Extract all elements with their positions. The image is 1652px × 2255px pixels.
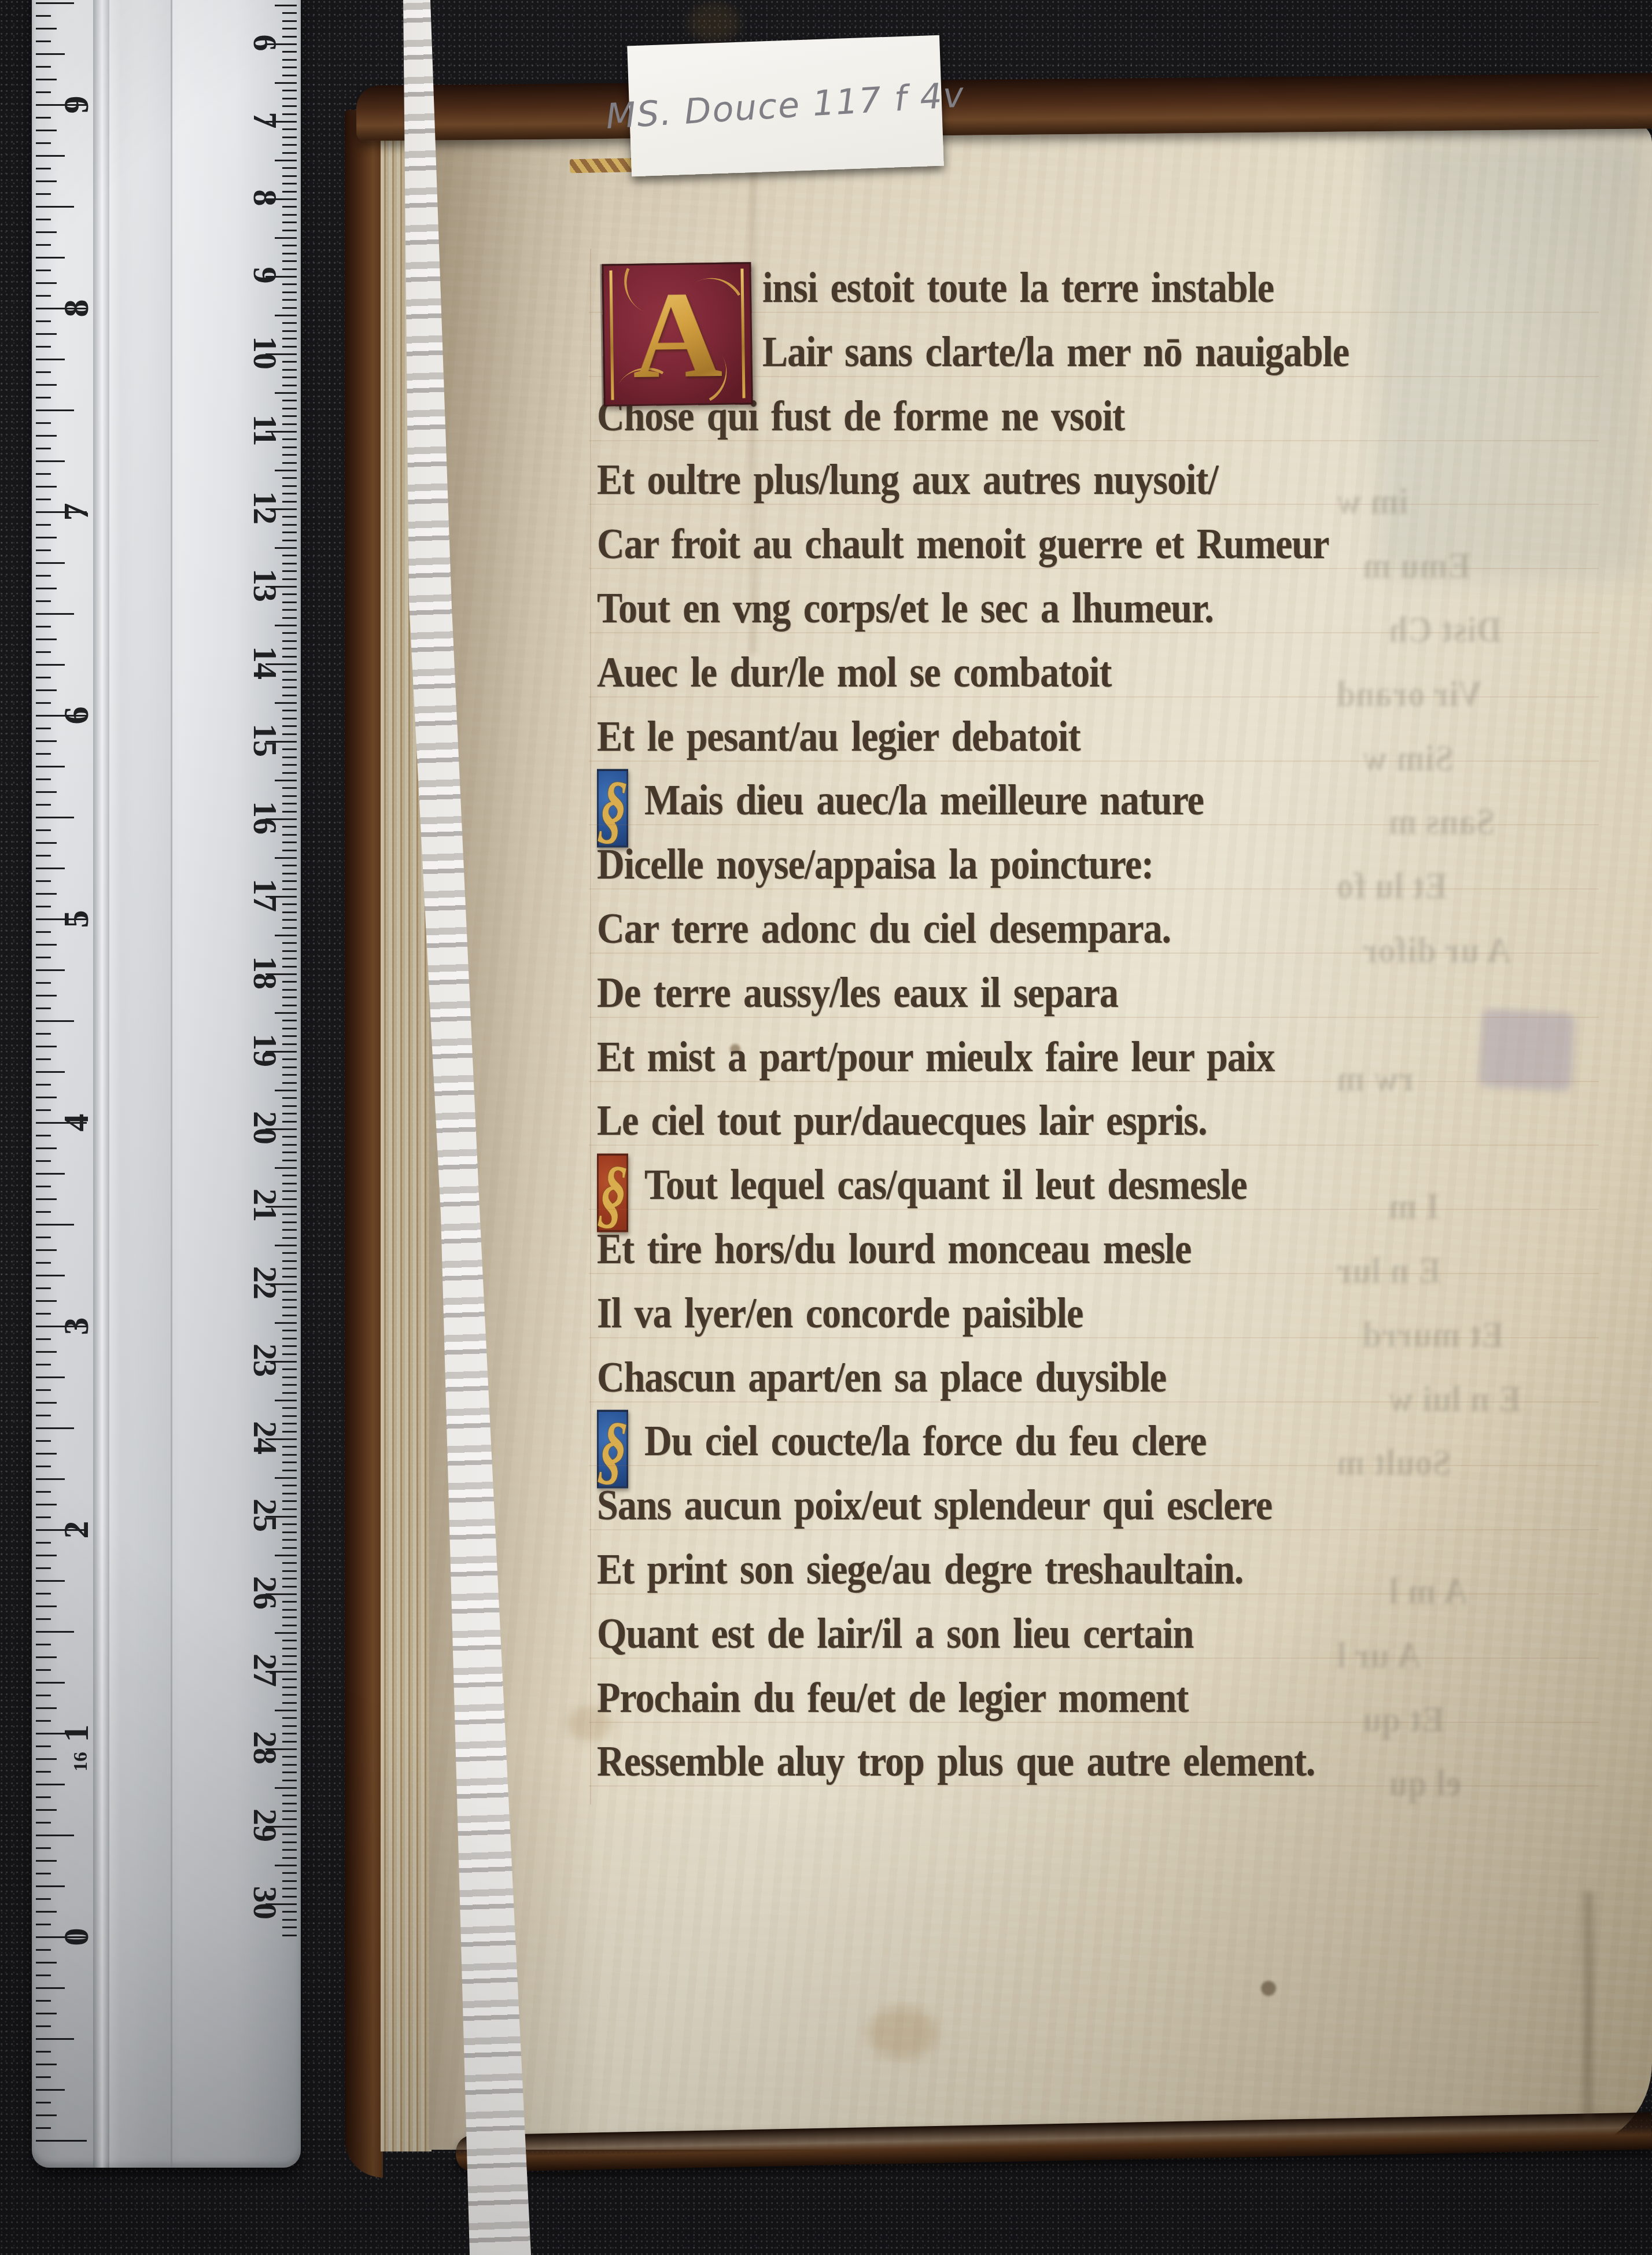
ruler-tick bbox=[36, 1911, 57, 1913]
ruler-tick bbox=[36, 1237, 51, 1238]
ruler-tick bbox=[36, 944, 57, 946]
verse-text: Mais dieu auec/la meilleure nature bbox=[644, 776, 1204, 825]
ruler-tick bbox=[275, 82, 297, 84]
ruler-tick bbox=[36, 1974, 51, 1976]
ruler-tick bbox=[36, 320, 51, 322]
ruler-tick bbox=[282, 1097, 297, 1099]
ruler-tick bbox=[282, 593, 297, 595]
ruler-tick bbox=[282, 1229, 297, 1231]
ruler-tick bbox=[282, 1415, 297, 1417]
ruling-line bbox=[589, 1145, 1599, 1146]
ruler-tick bbox=[282, 601, 297, 603]
ruler-tick bbox=[282, 1500, 297, 1502]
ruler-tick bbox=[282, 1508, 297, 1510]
ruler-tick bbox=[36, 817, 74, 818]
ruler-tick bbox=[36, 1542, 51, 1544]
ruler-tick bbox=[282, 648, 297, 649]
ruler-tick bbox=[36, 333, 57, 335]
ruler-tick bbox=[36, 613, 74, 615]
ruler-tick bbox=[282, 214, 297, 216]
verse-line: Et tire hors/du lourd monceau mesle bbox=[597, 1224, 1191, 1274]
ruler-tick bbox=[36, 91, 51, 93]
ruler-tick bbox=[36, 982, 51, 984]
ruler-tick bbox=[282, 152, 297, 154]
ruler-tick bbox=[275, 702, 297, 704]
ruler-tick bbox=[36, 1516, 51, 1518]
ruler-tick bbox=[282, 1384, 297, 1386]
ruler-tick bbox=[36, 1084, 51, 1086]
ruler-number: 21 bbox=[248, 1185, 282, 1226]
ruling-line bbox=[589, 1722, 1599, 1723]
ruler-tick bbox=[36, 1007, 51, 1009]
ruler-tick bbox=[36, 1784, 65, 1785]
ruler-number: 6 bbox=[248, 23, 282, 63]
ruler-number: 20 bbox=[248, 1108, 282, 1148]
gold-frame-line bbox=[609, 271, 614, 400]
ruler-tick bbox=[282, 167, 297, 169]
ruler-tick bbox=[282, 183, 297, 184]
ruler-tick bbox=[36, 1809, 57, 1811]
ruler-tick bbox=[282, 989, 297, 991]
paraph-gold-flourish: § bbox=[600, 1448, 626, 1451]
ruler-tick bbox=[275, 1167, 297, 1169]
ruler-tick bbox=[282, 1368, 297, 1370]
ruler-tick bbox=[282, 888, 297, 890]
ruler-tick bbox=[282, 369, 297, 371]
ruler-tick bbox=[282, 748, 297, 750]
ruler-tick bbox=[282, 733, 297, 735]
ruler-number: 9 bbox=[248, 255, 282, 296]
book-spine-edge bbox=[345, 110, 383, 2178]
ruler-tick bbox=[36, 829, 51, 831]
verse-text: Lair sans clarte/la mer nō nauigable bbox=[762, 327, 1349, 377]
ruler-tick bbox=[282, 423, 297, 425]
ruler-tick bbox=[282, 1562, 297, 1564]
ruler-tick bbox=[282, 1833, 297, 1835]
ruler-tick bbox=[282, 113, 297, 115]
ruler-tick bbox=[36, 1695, 51, 1696]
ruler-tick bbox=[282, 51, 297, 53]
ruler-number: 27 bbox=[248, 1650, 282, 1691]
ruler-number: 14 bbox=[248, 643, 282, 683]
ruler-tick bbox=[282, 942, 297, 944]
ruler-tick bbox=[36, 1224, 74, 1226]
ruler-tick bbox=[36, 346, 51, 348]
verse-text: Du ciel coucte/la force du feu clere bbox=[644, 1416, 1206, 1466]
ruler-tick bbox=[282, 253, 297, 254]
ruler-number: 0 bbox=[58, 1917, 94, 1957]
ruler-tick bbox=[282, 710, 297, 711]
ruler-tick bbox=[36, 486, 57, 488]
ruler-tick bbox=[36, 384, 57, 386]
ruler-tick bbox=[282, 1741, 297, 1743]
ruler-number: 2 bbox=[58, 1510, 94, 1550]
ruler-tick bbox=[282, 501, 297, 503]
ruler-tick bbox=[282, 880, 297, 882]
bleed-through-text: Sans m bbox=[1388, 800, 1495, 843]
ruler-tick bbox=[282, 1470, 297, 1471]
ruler-tick bbox=[282, 1043, 297, 1045]
verse-line: Tout en vng corps/et le sec a lhumeur. bbox=[597, 584, 1214, 633]
ruler-tick bbox=[282, 268, 297, 270]
ruler-tick bbox=[36, 1885, 65, 1887]
ruler-number: 23 bbox=[248, 1340, 282, 1381]
ruler-tick bbox=[36, 473, 51, 475]
ruler-tick bbox=[282, 787, 297, 789]
ruler-tick bbox=[36, 270, 51, 271]
ruler-tick bbox=[36, 562, 65, 564]
ruler-tick bbox=[282, 540, 297, 541]
ruler-tick bbox=[36, 53, 65, 55]
ruler-tick bbox=[36, 282, 57, 284]
ruler-tick bbox=[36, 1300, 57, 1302]
ruler-tick bbox=[282, 59, 297, 61]
ruler-tick bbox=[36, 1097, 57, 1098]
verse-line: §Mais dieu auec/la meilleure nature bbox=[597, 776, 1204, 825]
ruler-tick bbox=[36, 893, 57, 895]
ruler-tick bbox=[282, 105, 297, 107]
ruler-tick bbox=[282, 128, 297, 130]
ruler-tick bbox=[36, 1364, 51, 1365]
ruler-tick bbox=[282, 454, 297, 456]
ruler-tick bbox=[282, 958, 297, 959]
ruler-tick bbox=[36, 1109, 51, 1111]
ruler-tick bbox=[36, 906, 51, 907]
ruler-tick bbox=[282, 1461, 297, 1463]
ruler-tick bbox=[282, 175, 297, 177]
ruler-tick bbox=[282, 1609, 297, 1611]
ruler-tick bbox=[36, 422, 51, 424]
verse-text: Et le pesant/au legier debatoit bbox=[597, 712, 1080, 762]
ruler-tick bbox=[282, 1454, 297, 1456]
ruler-tick bbox=[282, 1160, 297, 1161]
bleed-through-text: im w bbox=[1336, 480, 1408, 523]
ruler-tick bbox=[36, 1135, 51, 1136]
ruler-tick bbox=[36, 524, 51, 526]
ruler-tick bbox=[36, 1949, 51, 1951]
verse-line: Il va lyer/en concorde paisible bbox=[597, 1289, 1083, 1338]
paraph-initial-blue: § bbox=[597, 769, 628, 848]
ruler-tick bbox=[282, 524, 297, 526]
ruler-number: 9 bbox=[58, 84, 94, 125]
ruler-tick bbox=[275, 1787, 297, 1789]
ruling-line bbox=[589, 1017, 1599, 1018]
verse-line: Car froit au chault menoit guerre et Rum… bbox=[597, 519, 1329, 569]
ruler-tick bbox=[282, 206, 297, 208]
ruler-tick bbox=[36, 130, 57, 131]
bleed-through-text: Emu m bbox=[1362, 544, 1470, 587]
ruler-tick bbox=[36, 2089, 65, 2091]
ruler-tick bbox=[36, 537, 57, 538]
ruler-tick bbox=[36, 1987, 65, 1989]
bleed-through-text: A ur l bbox=[1336, 1634, 1421, 1677]
ruler-tick bbox=[36, 2102, 51, 2103]
ruler-tick bbox=[282, 330, 297, 332]
ruler-tick bbox=[282, 911, 297, 913]
ruler-number: 25 bbox=[248, 1495, 282, 1536]
ruler-tick bbox=[282, 322, 297, 324]
ruler-tick bbox=[282, 1268, 297, 1269]
verse-line: Prochain du feu/et de legier moment bbox=[597, 1673, 1188, 1723]
ruler-tick bbox=[36, 1376, 65, 1378]
ruler-tick bbox=[282, 1307, 297, 1308]
ruler-tick bbox=[36, 880, 51, 882]
ruler-tick bbox=[36, 2, 74, 4]
ruler-tick bbox=[282, 98, 297, 99]
ruler-tick bbox=[275, 1632, 297, 1634]
ruler-tick bbox=[282, 772, 297, 774]
verse-text: Tout en vng corps/et le sec a lhumeur. bbox=[597, 584, 1214, 633]
ruler-tick bbox=[282, 1547, 297, 1549]
ruler-number: 8 bbox=[58, 288, 94, 329]
ruler-tick bbox=[282, 28, 297, 29]
ruler-tick bbox=[275, 780, 297, 781]
ruler-tick bbox=[282, 377, 297, 378]
ruler-tick bbox=[282, 966, 297, 968]
ruler-tick bbox=[282, 1717, 297, 1719]
ruler-tick bbox=[36, 460, 65, 462]
ruler-tick bbox=[282, 1935, 297, 1936]
verse-text: Et print son siege/au degre treshaultain… bbox=[597, 1545, 1243, 1595]
ruler-tick bbox=[282, 1586, 297, 1588]
ruler-tick bbox=[282, 687, 297, 688]
ruler-tick bbox=[282, 1616, 297, 1618]
ruler-tick bbox=[282, 1431, 297, 1433]
ruler-number: 15 bbox=[248, 720, 282, 761]
ruler-tick bbox=[275, 625, 297, 626]
ruler-tick bbox=[36, 2051, 51, 2053]
ruler-tick bbox=[282, 1795, 297, 1796]
ruler-tick bbox=[282, 67, 297, 68]
ruler-tick bbox=[36, 740, 57, 742]
ruler-tick bbox=[282, 260, 297, 262]
ruler-tick bbox=[36, 1796, 51, 1798]
ruler-tick bbox=[282, 1578, 297, 1579]
ruler-tick bbox=[282, 1020, 297, 1021]
ruler-tick bbox=[282, 90, 297, 91]
ruler-tick bbox=[36, 651, 51, 653]
ruler-tick bbox=[282, 1446, 297, 1448]
bleed-through-text: Dist Ch bbox=[1388, 608, 1502, 651]
ruler-tick bbox=[282, 20, 297, 22]
ruler-tick bbox=[282, 1485, 297, 1486]
ruler-tick bbox=[36, 499, 51, 500]
verse-line: Le ciel tout pur/dauecques lair espris. bbox=[597, 1096, 1207, 1146]
bleed-through-text: A m l bbox=[1388, 1570, 1467, 1612]
ruler-tick bbox=[275, 1555, 297, 1556]
ruler-tick bbox=[36, 180, 57, 182]
bleed-through-text: E n lui w bbox=[1388, 1378, 1521, 1420]
ruler-tick bbox=[36, 1186, 51, 1187]
ruler-tick bbox=[275, 1477, 297, 1479]
ruler-tick bbox=[282, 865, 297, 866]
ruler-tick bbox=[36, 1313, 51, 1315]
ruler-tick bbox=[36, 1058, 51, 1060]
ruler-tick bbox=[282, 12, 297, 14]
ruler-tick bbox=[282, 1872, 297, 1874]
verse-text: Car terre adonc du ciel desempara. bbox=[597, 904, 1171, 954]
shelfmark-text: MS. Douce 117 f 4v bbox=[605, 75, 967, 137]
ruler-tick bbox=[36, 1491, 51, 1493]
ruler-tick bbox=[36, 142, 51, 144]
ruler-tick bbox=[36, 40, 51, 42]
ruling-line bbox=[589, 888, 1599, 890]
ruler-tick bbox=[282, 222, 297, 223]
ruler-tick bbox=[282, 570, 297, 572]
ruler-tick bbox=[36, 1860, 57, 1862]
ruler-tick bbox=[282, 1353, 297, 1355]
ruler-tick bbox=[36, 1147, 57, 1149]
ruler-tick bbox=[282, 1005, 297, 1006]
ruler-tick bbox=[36, 1427, 74, 1429]
paraph-gold-flourish: § bbox=[600, 807, 626, 810]
ruler-tick bbox=[282, 1733, 297, 1734]
ruler-tick bbox=[282, 1213, 297, 1215]
ruler-tick bbox=[36, 1644, 51, 1645]
ruler-tick bbox=[36, 168, 51, 169]
ruler-tick bbox=[282, 385, 297, 386]
ruler-tick bbox=[36, 1580, 65, 1582]
ruler-tick bbox=[282, 75, 297, 76]
ruler-tick bbox=[282, 1035, 297, 1037]
ruler-tick bbox=[282, 462, 297, 464]
ruler-tick bbox=[36, 1478, 65, 1480]
ruler-tick bbox=[282, 555, 297, 556]
ruler-tick bbox=[36, 2064, 57, 2065]
ruler-tick bbox=[282, 516, 297, 518]
ruler-tick bbox=[36, 995, 57, 997]
ruler-tick bbox=[282, 1066, 297, 1068]
ruler-tick bbox=[36, 1466, 51, 1467]
ruler-tick bbox=[36, 15, 51, 17]
ruler-tick bbox=[282, 842, 297, 843]
ruler-tick bbox=[36, 1758, 57, 1760]
ruler-tick bbox=[36, 2038, 74, 2040]
verse-line: insi estoit toute la terre instable bbox=[762, 263, 1274, 313]
ruler-tick bbox=[36, 689, 57, 691]
ruler-tick bbox=[282, 1926, 297, 1928]
ruler-tick bbox=[36, 1262, 51, 1264]
ruler-tick bbox=[36, 79, 57, 80]
ruler-tick bbox=[282, 400, 297, 401]
ruler-tick bbox=[282, 1601, 297, 1603]
bleed-through-text: Et lu fo bbox=[1336, 865, 1447, 907]
ruler-tick bbox=[36, 295, 51, 297]
ruler-tick bbox=[282, 1523, 297, 1525]
ruler-ridge bbox=[171, 0, 172, 2168]
ruler-tick bbox=[36, 1771, 51, 1773]
ruler-tick bbox=[282, 919, 297, 921]
ruler-tick bbox=[36, 1402, 57, 1404]
ruler-tick bbox=[282, 671, 297, 673]
verse-text: Car froit au chault menoit guerre et Rum… bbox=[597, 519, 1329, 569]
ruler-tick bbox=[36, 1198, 57, 1200]
ruler-tick bbox=[36, 1415, 51, 1416]
ruler-tick bbox=[282, 1655, 297, 1657]
ruler-tick bbox=[282, 1919, 297, 1921]
ruler-tick bbox=[36, 855, 51, 857]
ruling-line bbox=[589, 1273, 1599, 1274]
verse-line: §Tout lequel cas/quant il leut desmesle bbox=[597, 1160, 1247, 1210]
ruler-tick bbox=[36, 193, 51, 195]
ruler-tick bbox=[282, 981, 297, 983]
ruler-tick bbox=[282, 609, 297, 611]
ruler-tick bbox=[36, 804, 51, 806]
illuminated-initial-A: A bbox=[602, 262, 753, 407]
bleed-through-text: Et murrd bbox=[1362, 1313, 1504, 1356]
ruler-tick bbox=[36, 1720, 51, 1722]
ruler-tick bbox=[282, 1725, 297, 1727]
ruler-tick bbox=[36, 791, 57, 793]
verse-line: Et oultre plus/lung aux autres nuysoit/ bbox=[597, 455, 1218, 505]
ruler-tick bbox=[275, 547, 297, 549]
paraph-initial-blue: § bbox=[597, 1410, 628, 1489]
ruler-tick bbox=[282, 927, 297, 929]
ruler-tick bbox=[282, 1252, 297, 1254]
ruler-tick bbox=[36, 409, 74, 411]
ruler-tick bbox=[282, 1392, 297, 1394]
ruler-tick bbox=[36, 931, 51, 933]
ruler-tick bbox=[36, 575, 51, 577]
ruler-tick bbox=[282, 756, 297, 758]
ruler-number: 4 bbox=[58, 1102, 94, 1143]
ruler-tick bbox=[36, 1656, 57, 1658]
gold-frame-line bbox=[740, 268, 745, 398]
ruler-tick bbox=[282, 1221, 297, 1223]
ruling-line bbox=[589, 1658, 1599, 1659]
ruler-tick bbox=[36, 639, 57, 640]
ruler-tick bbox=[36, 1847, 51, 1849]
ruler-tick bbox=[36, 766, 65, 767]
ruler-tick bbox=[282, 1911, 297, 1913]
ruler-tick bbox=[282, 632, 297, 634]
bleed-through-text: Et qu bbox=[1362, 1698, 1444, 1741]
ruler-tick bbox=[282, 1493, 297, 1494]
ruler-tick bbox=[282, 1144, 297, 1146]
ruler-tick bbox=[282, 1423, 297, 1424]
ruler-tick bbox=[282, 1260, 297, 1262]
ruler-tick bbox=[36, 1618, 51, 1620]
ruler-tick bbox=[36, 257, 65, 259]
ruler-tick bbox=[36, 600, 51, 602]
ruler-tick bbox=[282, 563, 297, 564]
ruler-number: 10 bbox=[248, 333, 282, 373]
fore-edge-shadow bbox=[1584, 1891, 1593, 2123]
ruler-tick bbox=[282, 136, 297, 138]
ruler-tick bbox=[282, 1857, 297, 1859]
ruler-tick bbox=[282, 415, 297, 417]
verse-text: Ressemble aluy trop plus que autre eleme… bbox=[597, 1737, 1315, 1787]
ruler-tick bbox=[275, 315, 297, 316]
ruler-tick bbox=[282, 230, 297, 231]
verse-text: Le ciel tout pur/dauecques lair espris. bbox=[597, 1096, 1207, 1146]
ruler-tick bbox=[282, 1663, 297, 1665]
ruler-tick bbox=[275, 935, 297, 936]
verse-text: De terre aussy/les eaux il separa bbox=[597, 968, 1118, 1018]
ruler-tick bbox=[36, 1898, 51, 1900]
ruler-tick bbox=[36, 2000, 51, 2002]
ruler-tick bbox=[36, 2076, 51, 2078]
ruler-tick bbox=[36, 219, 51, 220]
ruler-tick bbox=[282, 299, 297, 301]
ruler-tick bbox=[282, 725, 297, 727]
bleed-through-text: rw m bbox=[1336, 1057, 1414, 1100]
ruler-groove bbox=[93, 0, 109, 2168]
ruler-tick bbox=[282, 1702, 297, 1704]
ruler-tick bbox=[36, 753, 51, 755]
shelfmark-label: MS. Douce 117 f 4v bbox=[627, 35, 944, 177]
ruler-tick bbox=[36, 1835, 74, 1836]
